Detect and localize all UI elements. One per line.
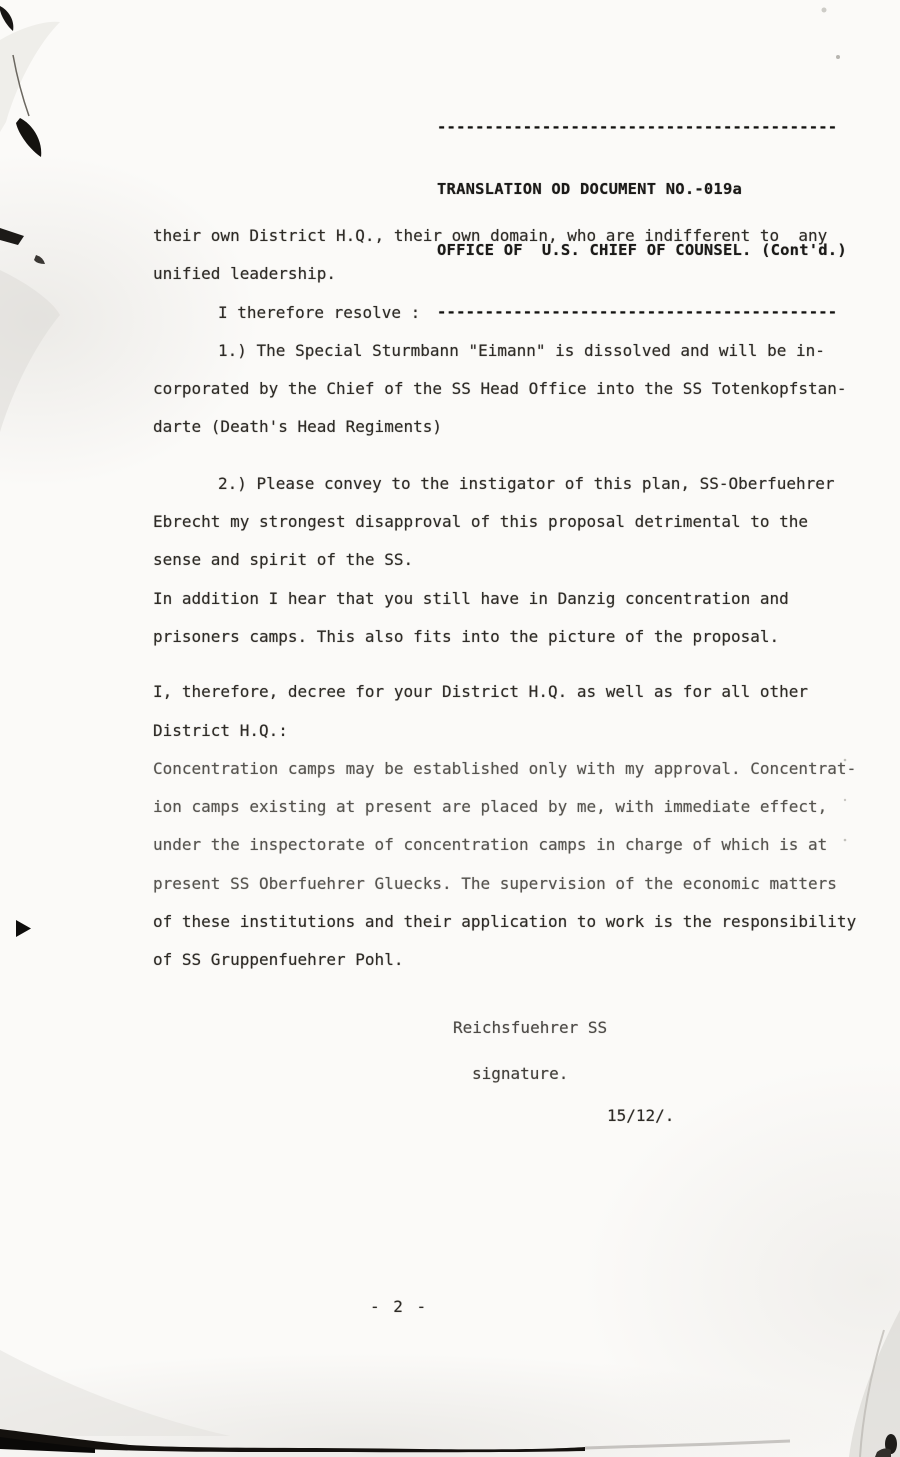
text-line: Concentration camps may be established o… — [153, 750, 863, 788]
text-line: In addition I hear that you still have i… — [153, 580, 863, 618]
arrow-mark — [16, 920, 31, 937]
text-line: prisoners camps. This also fits into the… — [153, 618, 863, 656]
scanned-document-page: ----------------------------------------… — [0, 0, 900, 1457]
header-divider-top: ----------------------------------------… — [437, 117, 847, 138]
bottom-smudge — [0, 1350, 790, 1453]
text-line: of SS Gruppenfuehrer Pohl. — [153, 941, 863, 979]
signature-date: 15/12/. — [607, 1106, 674, 1125]
text-line: ion camps existing at present are placed… — [153, 788, 863, 826]
text-line: present SS Oberfuehrer Gluecks. The supe… — [153, 865, 863, 903]
text-line: 2.) Please convey to the instigator of t… — [153, 465, 863, 503]
text-line: darte (Death's Head Regiments) — [153, 408, 863, 446]
text-line: their own District H.Q., their own domai… — [153, 217, 863, 255]
page-number: - 2 - — [370, 1297, 428, 1316]
text-line: of these institutions and their applicat… — [153, 903, 863, 941]
text-line: I therefore resolve : — [153, 294, 863, 332]
text-line: District H.Q.: — [153, 712, 863, 750]
text-line: Ebrecht my strongest disapproval of this… — [153, 503, 863, 541]
text-line: unified leadership. — [153, 255, 863, 293]
text-line: under the inspectorate of concentration … — [153, 826, 863, 864]
corner-curl — [849, 1310, 900, 1457]
document-body: their own District H.Q., their own domai… — [153, 217, 863, 980]
signature-title: Reichsfuehrer SS — [453, 1018, 607, 1037]
signature-note: signature. — [472, 1064, 568, 1083]
header-title-line1: TRANSLATION OD DOCUMENT NO.-019a — [437, 179, 847, 200]
text-line: I, therefore, decree for your District H… — [153, 673, 863, 711]
text-line: 1.) The Special Sturmbann "Eimann" is di… — [153, 332, 863, 370]
torn-corner-marks — [0, 6, 60, 432]
text-line: sense and spirit of the SS. — [153, 541, 863, 579]
text-line: corporated by the Chief of the SS Head O… — [153, 370, 863, 408]
